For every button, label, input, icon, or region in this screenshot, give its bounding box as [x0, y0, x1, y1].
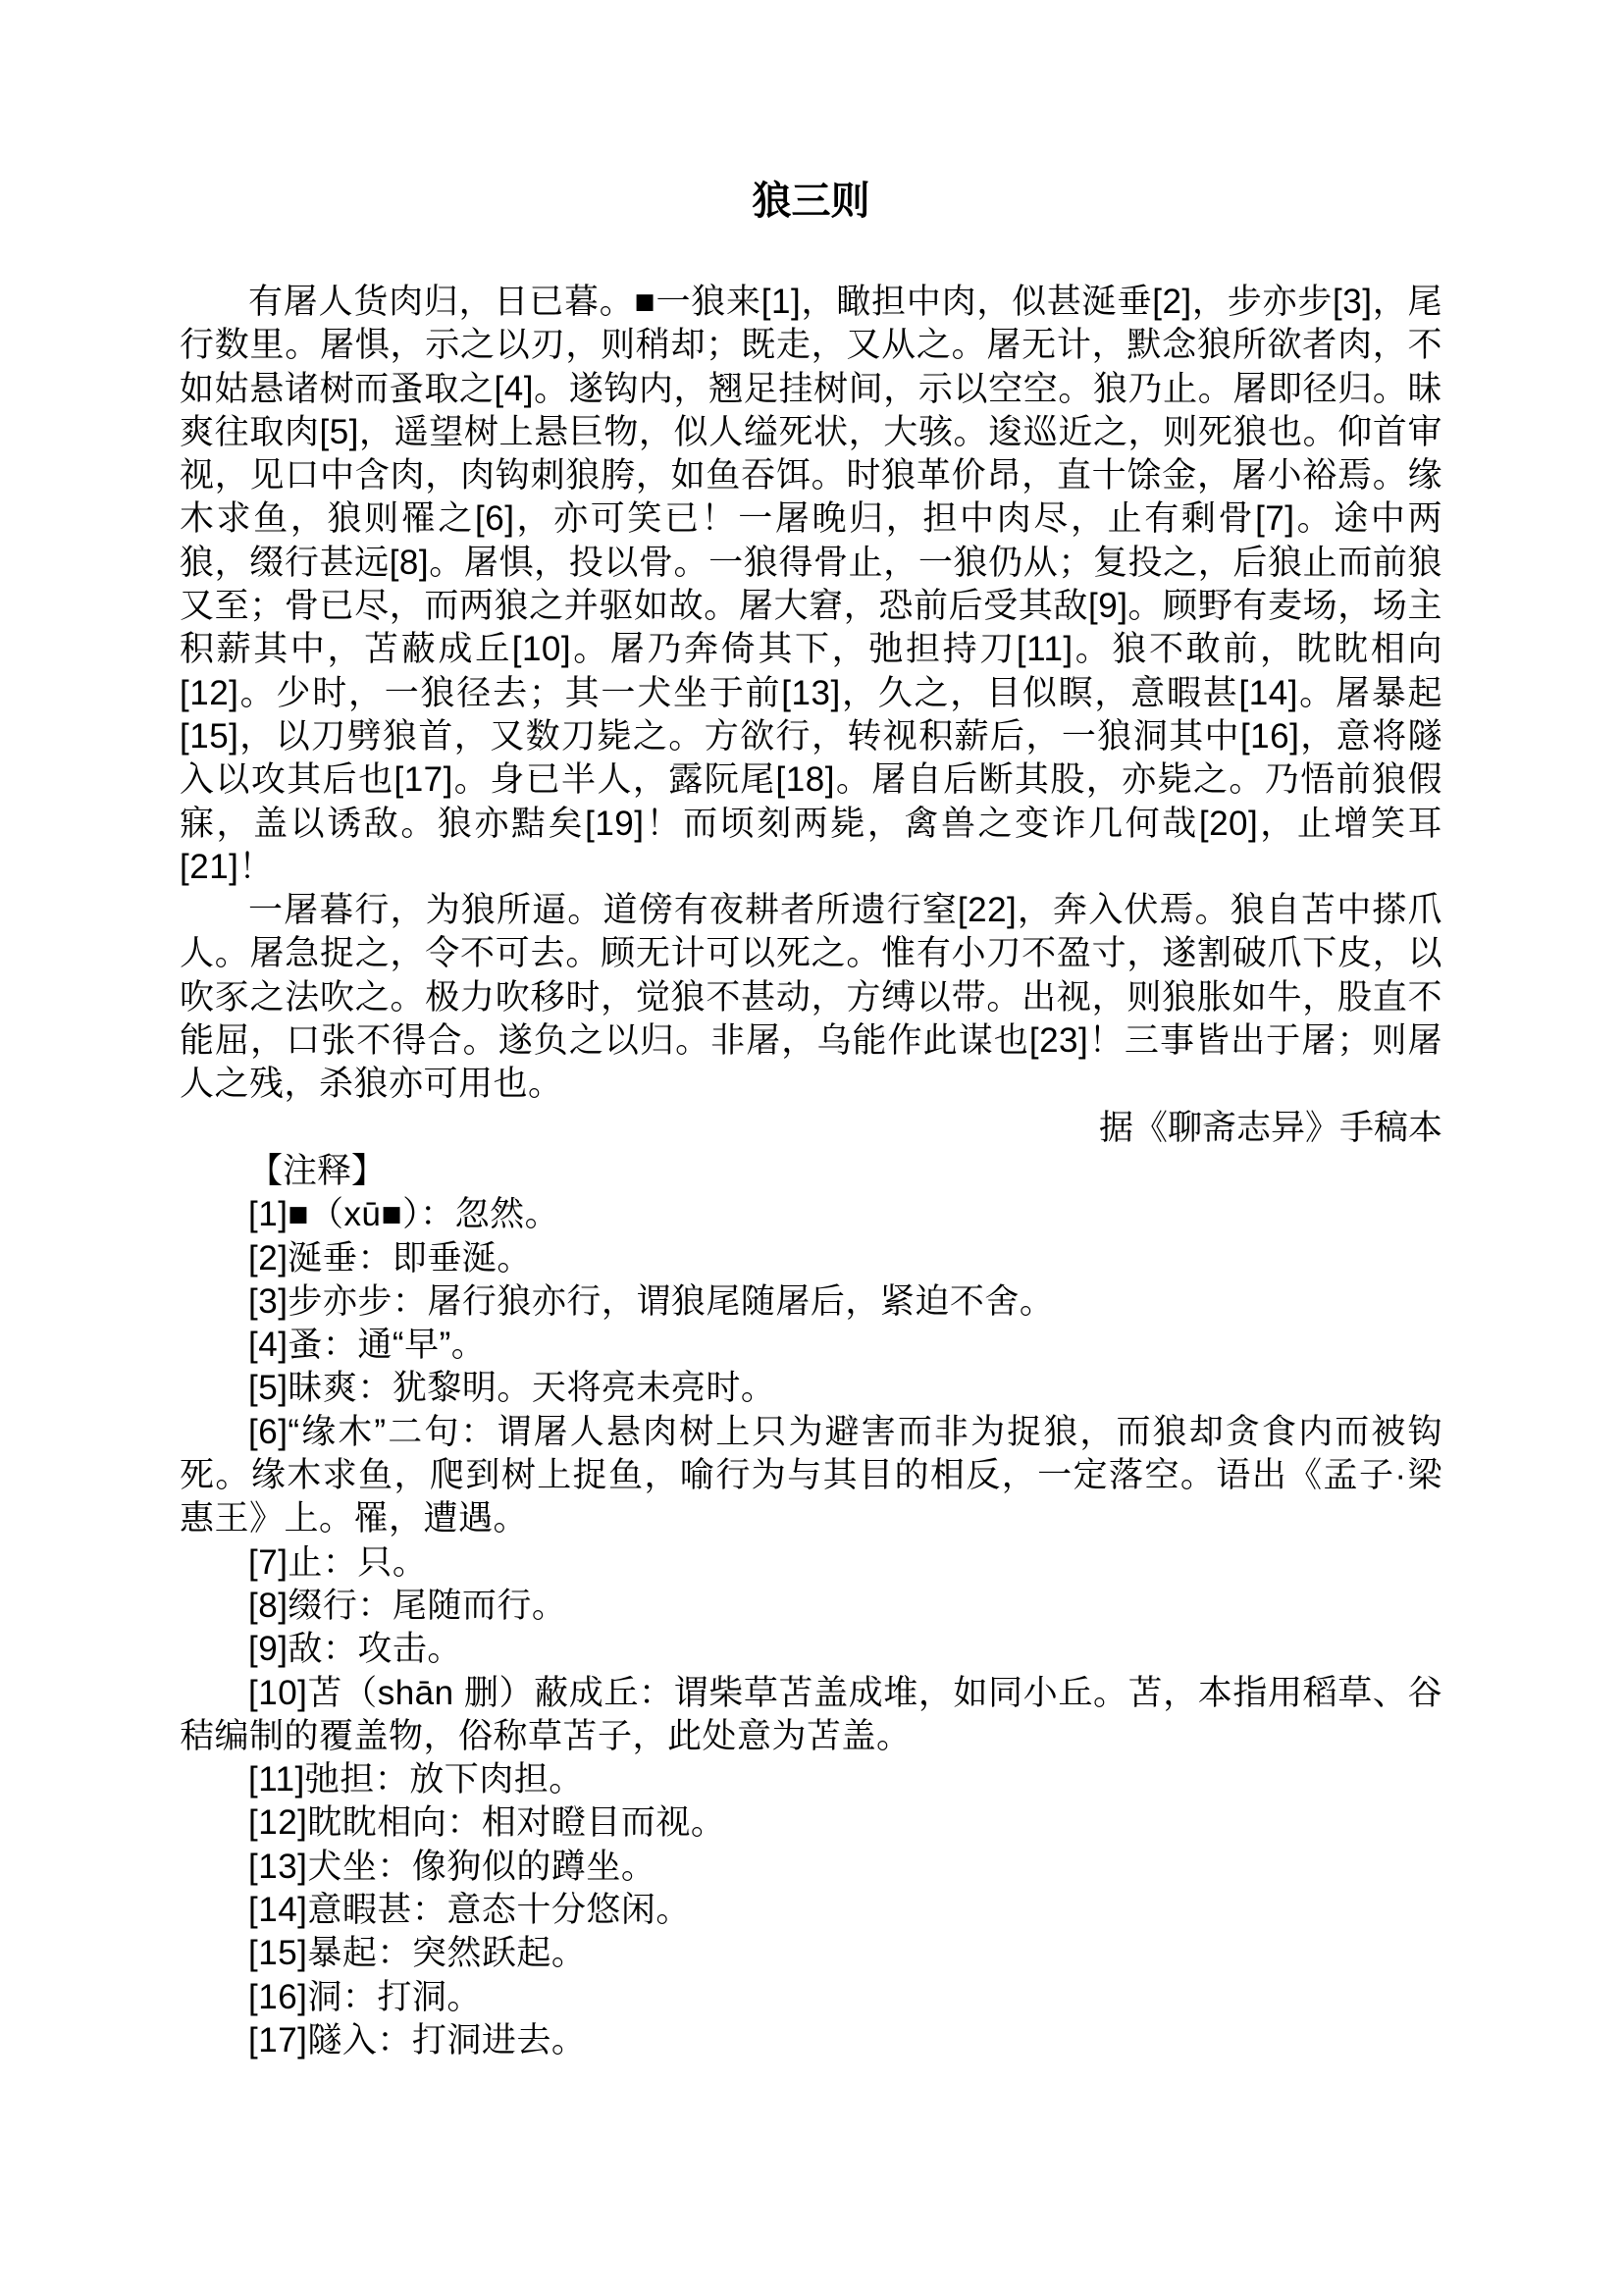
note-16: [16]洞：打洞。: [180, 1976, 1442, 2019]
note-6: [6]“缘木”二句：谓屠人悬肉树上只为避害而非为捉狼，而狼却贪食内而被钩死。缘木…: [180, 1411, 1442, 1541]
note-5: [5]昧爽：犹黎明。天将亮未亮时。: [180, 1367, 1442, 1410]
document-page: 狼三则 有屠人货肉归，日已暮。■一狼来[1]，瞰担中肉，似甚涎垂[2]，步亦步[…: [0, 0, 1624, 2294]
story-paragraph-1: 有屠人货肉归，日已暮。■一狼来[1]，瞰担中肉，似甚涎垂[2]，步亦步[3]，尾…: [180, 281, 1442, 889]
note-7: [7]止：只。: [180, 1541, 1442, 1585]
document-title: 狼三则: [180, 177, 1442, 226]
note-2: [2]涎垂：即垂涎。: [180, 1237, 1442, 1280]
note-17: [17]隧入：打洞进去。: [180, 2019, 1442, 2062]
note-9: [9]敌：攻击。: [180, 1628, 1442, 1671]
note-13: [13]犬坐：像狗似的蹲坐。: [180, 1846, 1442, 1889]
story-paragraph-2: 一屠暮行，为狼所逼。道傍有夜耕者所遗行窒[22]，奔入伏焉。狼自苫中搽爪人。屠急…: [180, 889, 1442, 1106]
note-8: [8]缀行：尾随而行。: [180, 1585, 1442, 1628]
note-4: [4]蚤：通“早”。: [180, 1324, 1442, 1367]
note-12: [12]眈眈相向：相对瞪目而视。: [180, 1801, 1442, 1845]
note-3: [3]步亦步：屠行狼亦行，谓狼尾随屠后，紧迫不舍。: [180, 1280, 1442, 1324]
note-1: [1]■（xū■）：忽然。: [180, 1193, 1442, 1236]
notes-section-header: 【注释】: [180, 1150, 1442, 1193]
note-11: [11]弛担：放下肉担。: [180, 1758, 1442, 1801]
note-10: [10]苫（shān 删）蔽成丘：谓柴草苫盖成堆，如同小丘。苫，本指用稻草、谷秸…: [180, 1672, 1442, 1759]
note-14: [14]意暇甚：意态十分悠闲。: [180, 1889, 1442, 1932]
note-15: [15]暴起：突然跃起。: [180, 1932, 1442, 1975]
source-attribution: 据《聊斋志异》手稿本: [180, 1107, 1442, 1150]
